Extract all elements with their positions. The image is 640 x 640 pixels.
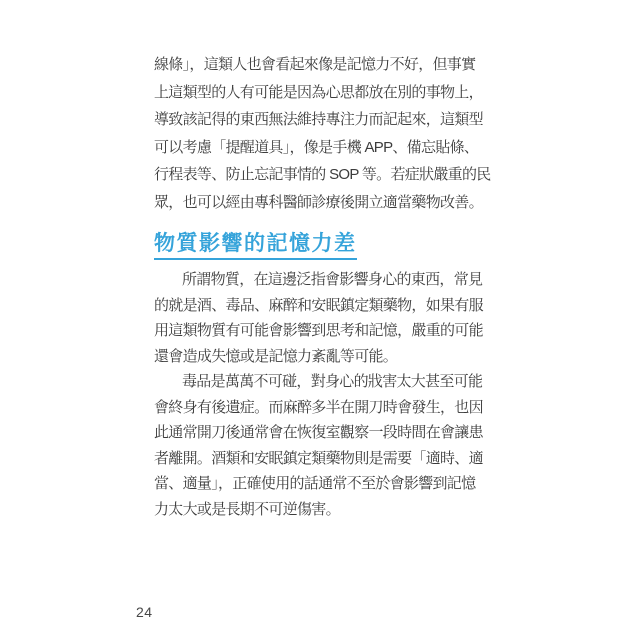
text-line: 上這類型的人有可能是因為心思都放在別的事物上， [154, 79, 490, 107]
text-line: 可以考慮「提醒道具」，像是手機 APP、備忘貼條、 [154, 134, 490, 162]
section-heading-text: 物質影響的記憶力差 [154, 231, 357, 260]
paragraph-substances: 所謂物質，在這邊泛指會影響身心的東西，常見 的就是酒、毒品、麻醉和安眠鎮定類藥物… [154, 267, 490, 369]
text-line: 用這類物質有可能會影響到思考和記憶，嚴重的可能 [154, 318, 490, 344]
paragraph-drugs: 毒品是萬萬不可碰，對身心的戕害太大甚至可能 會終身有後遺症。而麻醉多半在開刀時會… [154, 369, 490, 522]
text-line: 眾，也可以經由專科醫師診療後開立適當藥物改善。 [154, 189, 490, 217]
text-line: 毒品是萬萬不可碰，對身心的戕害太大甚至可能 [154, 369, 490, 395]
text-line: 會終身有後遺症。而麻醉多半在開刀時會發生，也因 [154, 395, 490, 421]
text-line: 還會造成失憶或是記憶力紊亂等可能。 [154, 344, 490, 370]
text-line: 線條」，這類人也會看起來像是記憶力不好，但事實 [154, 51, 490, 79]
book-page: 線條」，這類人也會看起來像是記憶力不好，但事實 上這類型的人有可能是因為心思都放… [0, 0, 640, 640]
page-number: 24 [136, 604, 153, 620]
text-line: 的就是酒、毒品、麻醉和安眠鎮定類藥物，如果有服 [154, 293, 490, 319]
text-line: 當、適量」，正確使用的話通常不至於會影響到記憶 [154, 471, 490, 497]
text-line: 所謂物質，在這邊泛指會影響身心的東西，常見 [154, 267, 490, 293]
text-line: 者離開。酒類和安眠鎮定類藥物則是需要「適時、適 [154, 446, 490, 472]
text-line: 力太大或是長期不可逆傷害。 [154, 497, 490, 523]
paragraph-continued: 線條」，這類人也會看起來像是記憶力不好，但事實 上這類型的人有可能是因為心思都放… [154, 51, 490, 216]
text-line: 此通常開刀後通常會在恢復室觀察一段時間在會讓患 [154, 420, 490, 446]
text-line: 行程表等、防止忘記事情的 SOP 等。若症狀嚴重的民 [154, 161, 490, 189]
section-heading: 物質影響的記憶力差 [154, 231, 357, 260]
text-line: 導致該記得的東西無法維持專注力而記起來，這類型 [154, 106, 490, 134]
